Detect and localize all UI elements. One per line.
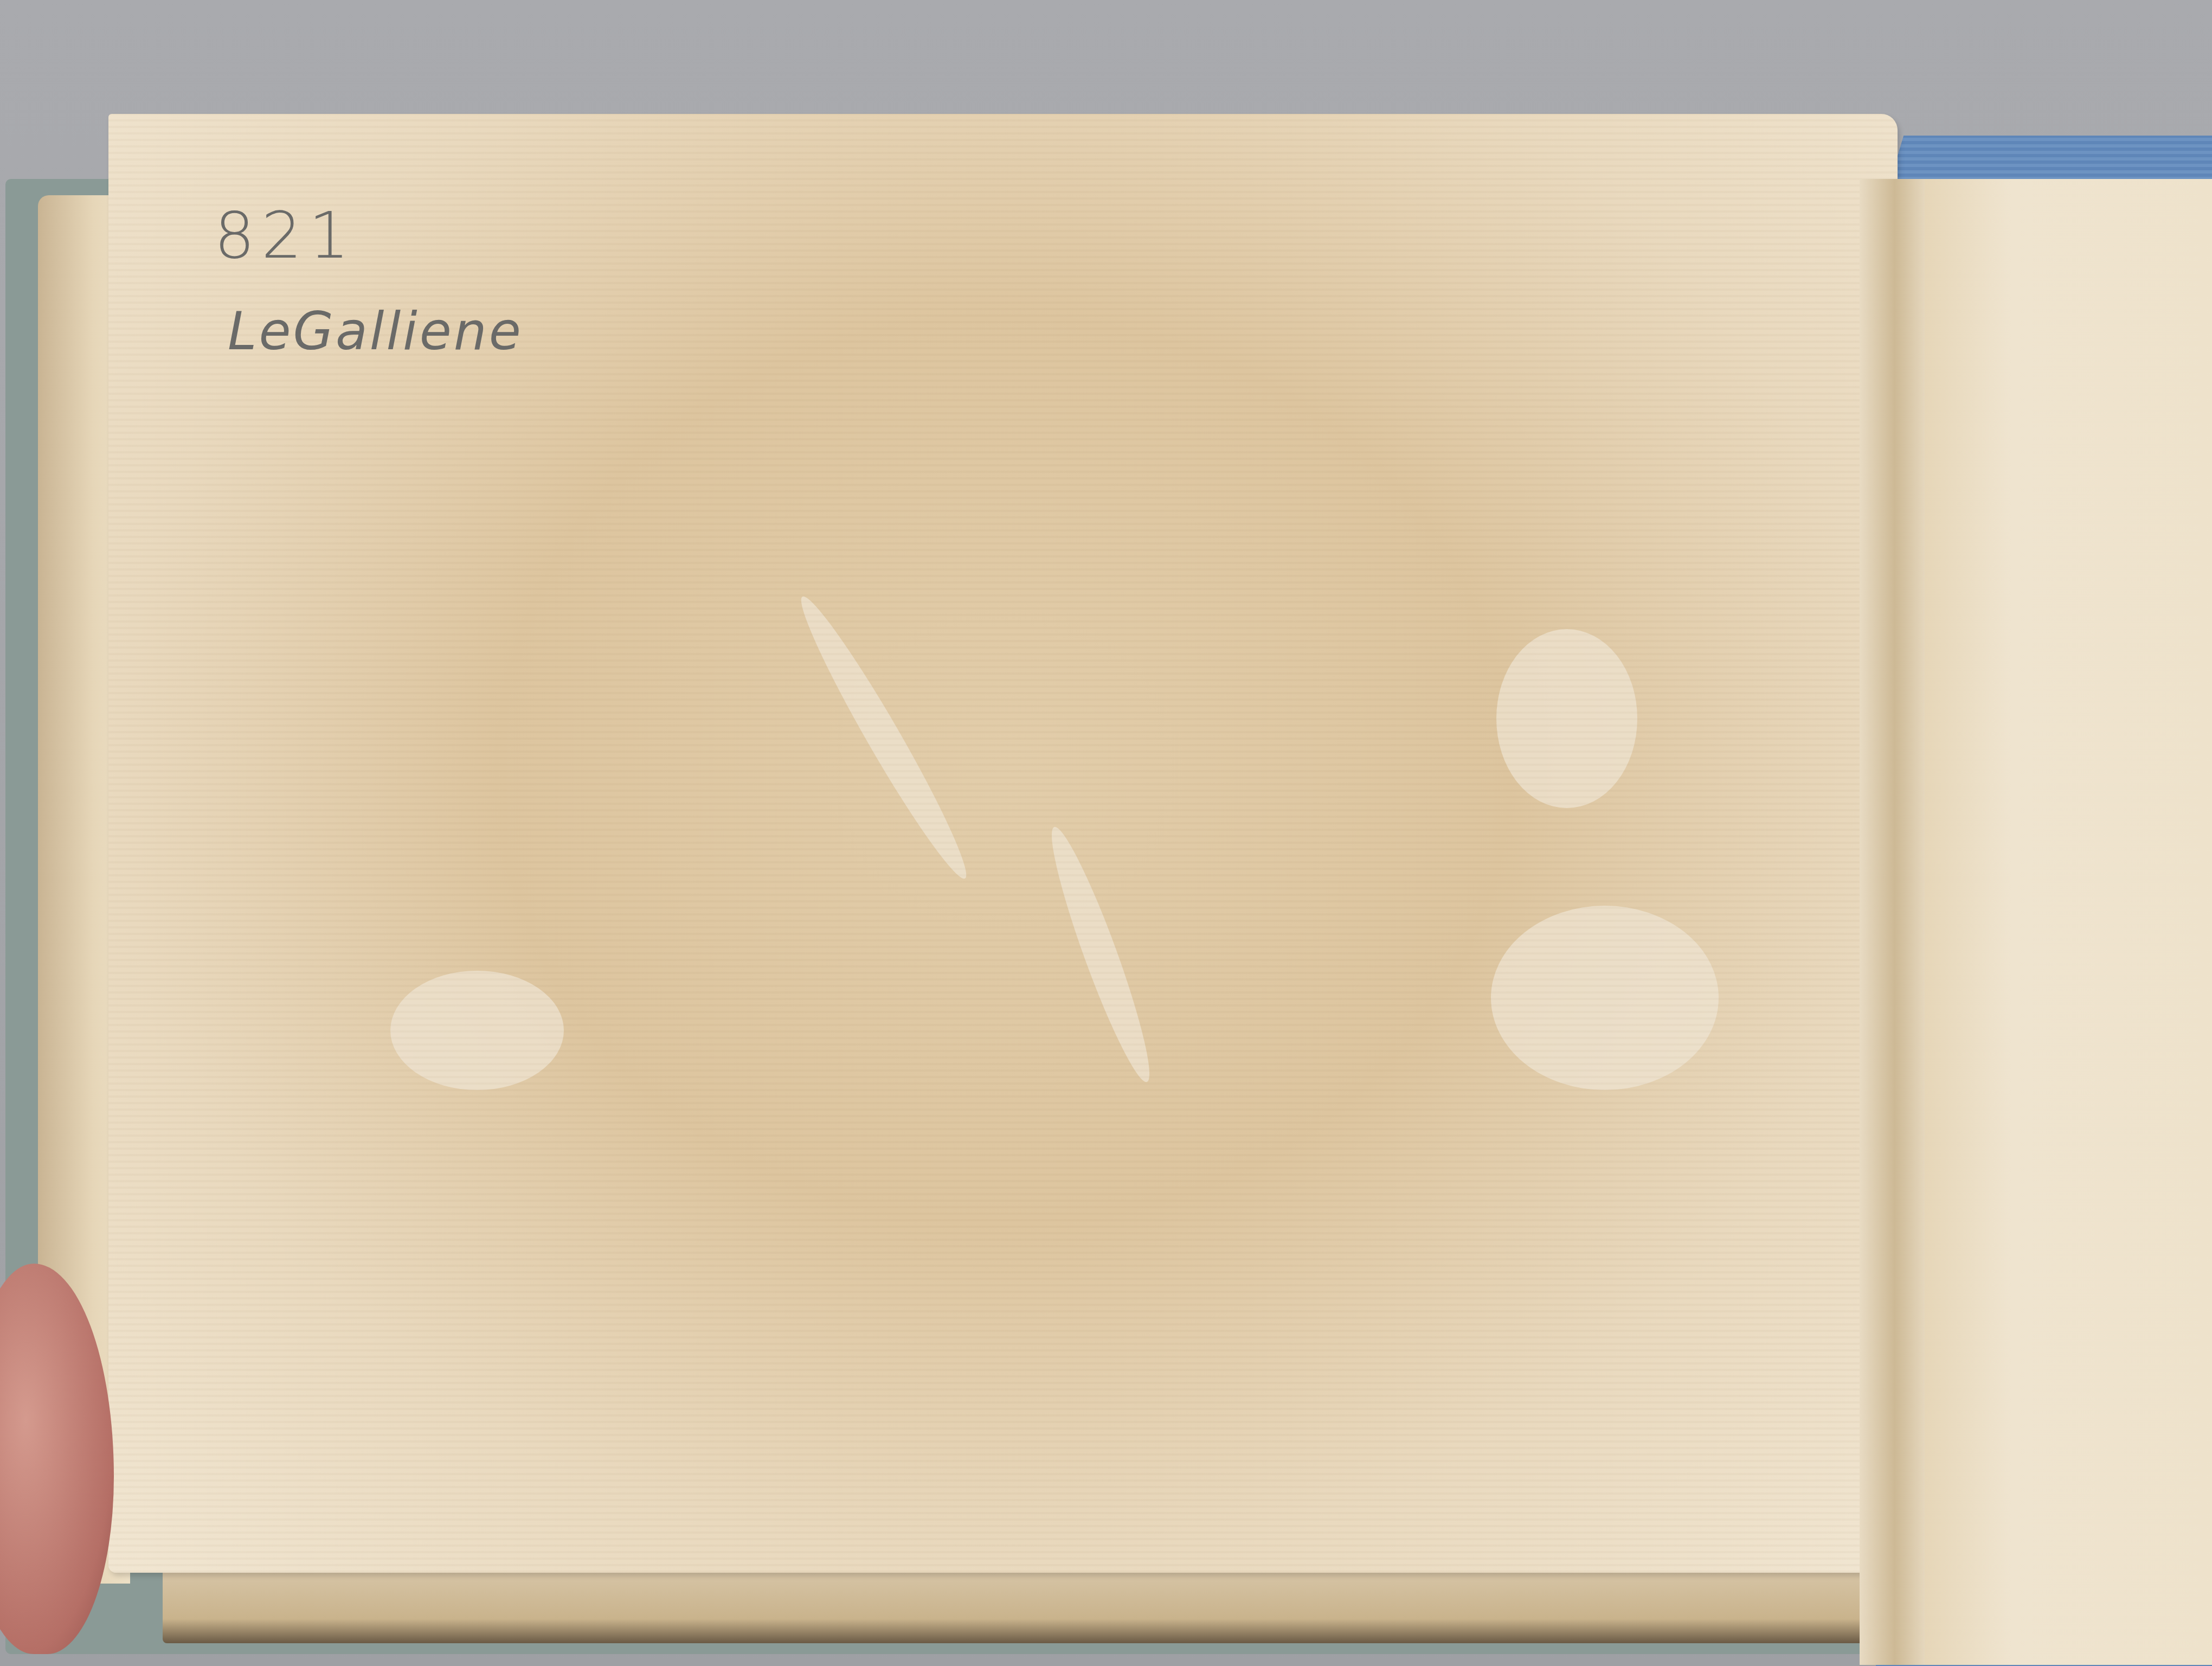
book-gutter (1860, 179, 1930, 1665)
pencil-catalog-number: 821 (214, 198, 356, 273)
stain-light-patch (1496, 629, 1637, 808)
stain-light-streak (788, 588, 979, 887)
page-block-edge (163, 1562, 1952, 1643)
right-endpaper (1925, 179, 2212, 1665)
pencil-author-name: LeGalliene (228, 301, 523, 362)
stain-light-streak (1039, 822, 1162, 1087)
stain-light-patch (390, 971, 564, 1090)
stain-light-patch (1491, 906, 1719, 1090)
